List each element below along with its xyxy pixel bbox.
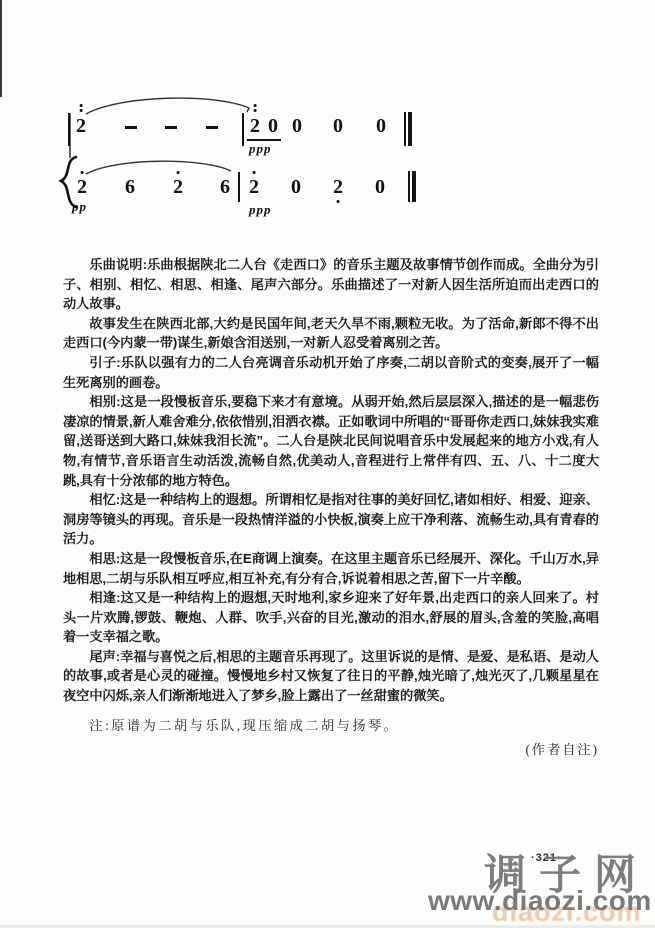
note-stave1-m1-1: 2	[76, 116, 86, 136]
note-stave2-m1-4: 6	[220, 177, 230, 197]
barline-mid-stave2	[238, 172, 240, 202]
paragraph-xiangsi: 相思:这是一段慢板音乐,在E商调上演奏。在这里主题音乐已经展开、深化。千山万水,…	[63, 549, 599, 588]
slur-arc-stave2	[86, 161, 231, 174]
duration-dash	[165, 126, 177, 129]
note-stave1-m2-1: 2	[250, 116, 260, 136]
duration-dash	[125, 126, 137, 129]
paragraph-xiangbie: 相别:这是一段慢板音乐,要稳下来才有意境。从弱开始,然后层层深入,描述的是一幅悲…	[63, 392, 599, 490]
rest-stave1-2: 0	[333, 116, 343, 136]
notation-graphics	[0, 0, 655, 230]
note-stave2-m1-1: 2	[77, 177, 87, 197]
duration-dash	[206, 126, 218, 129]
document-page: 2 2 0 ppp 0 0 0 pp 2 6 2 6 2 ppp 0 2 0 乐…	[0, 0, 655, 928]
tie-arc-stave1	[86, 98, 249, 114]
note-stave2-m1-2: 6	[125, 177, 135, 197]
note-attribution: (作者自注)	[63, 740, 599, 760]
note-stave1-m2-2: 0	[268, 116, 278, 136]
dynamic-ppp-stave1: ppp	[249, 141, 272, 157]
rest-stave1-1: 0	[292, 116, 302, 136]
eighth-note-group: 2 0	[247, 116, 281, 141]
program-notes: 乐曲说明:乐曲根据陕北二人台《走西口》的音乐主题及故事情节创作而成。全曲分为引子…	[63, 255, 599, 760]
dynamic-pp-stave2: pp	[72, 199, 87, 215]
note-stave2-m2-4: 0	[375, 177, 385, 197]
note-stave2-m2-1: 2	[249, 177, 259, 197]
paragraph-story: 故事发生在陕西北部,大约是民国年间,老天久旱不雨,颗粒无收。为了活命,新郎不得不…	[63, 314, 599, 353]
watermark-site-url: www.diaozi.com	[428, 885, 652, 917]
paragraph-overview: 乐曲说明:乐曲根据陕北二人台《走西口》的音乐主题及故事情节创作而成。全曲分为引子…	[63, 255, 599, 314]
final-barline-thin-stave1	[404, 112, 406, 146]
barline-mid-stave1	[242, 113, 244, 146]
paragraph-xiangfeng: 相逢:这又是一种结构上的遐想,天时地利,家乡迎来了好年景,出走西口的亲人回来了。…	[63, 588, 599, 647]
final-barline-thin-stave2	[408, 171, 410, 202]
paragraph-weisheng: 尾声:幸福与喜悦之后,相思的主题音乐再现了。这里诉说的是情、是爱、是私语、是动人…	[63, 647, 599, 706]
dynamic-ppp-stave2: ppp	[249, 202, 272, 218]
barline-start-stave1	[68, 113, 70, 146]
paragraph-yinzi: 引子:乐队以强有力的二人台亮调音乐动机开始了序奏,二胡以音阶式的变奏,展开了一幅…	[63, 353, 599, 392]
note-stave2-m2-2: 0	[291, 177, 301, 197]
note-stave2-m1-3: 2	[173, 177, 183, 197]
final-barline-thick-stave2	[412, 171, 416, 202]
note-stave2-m2-3: 2	[333, 177, 343, 197]
author-note: 注:原谱为二胡与乐队,现压缩成二胡与扬琴。	[63, 716, 599, 736]
final-barline-thick-stave1	[408, 112, 412, 146]
rest-stave1-3: 0	[376, 116, 386, 136]
paragraph-xiangyi: 相忆:这是一种结构上的遐想。所谓相忆是指对往事的美好回忆,诸如相好、相爱、迎亲、…	[63, 490, 599, 549]
